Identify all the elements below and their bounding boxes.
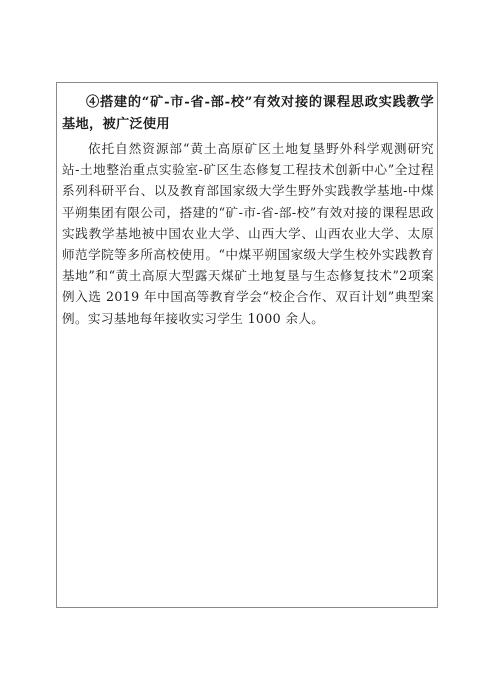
section-paragraph: 依托自然资源部“黄土高原矿区土地复垦野外科学观测研究站-土地整治重点实验室-矿区…	[62, 138, 434, 329]
section-heading: ④搭建的“矿-市-省-部-校”有效对接的课程思政实践教学基地，被广泛使用	[62, 92, 434, 136]
